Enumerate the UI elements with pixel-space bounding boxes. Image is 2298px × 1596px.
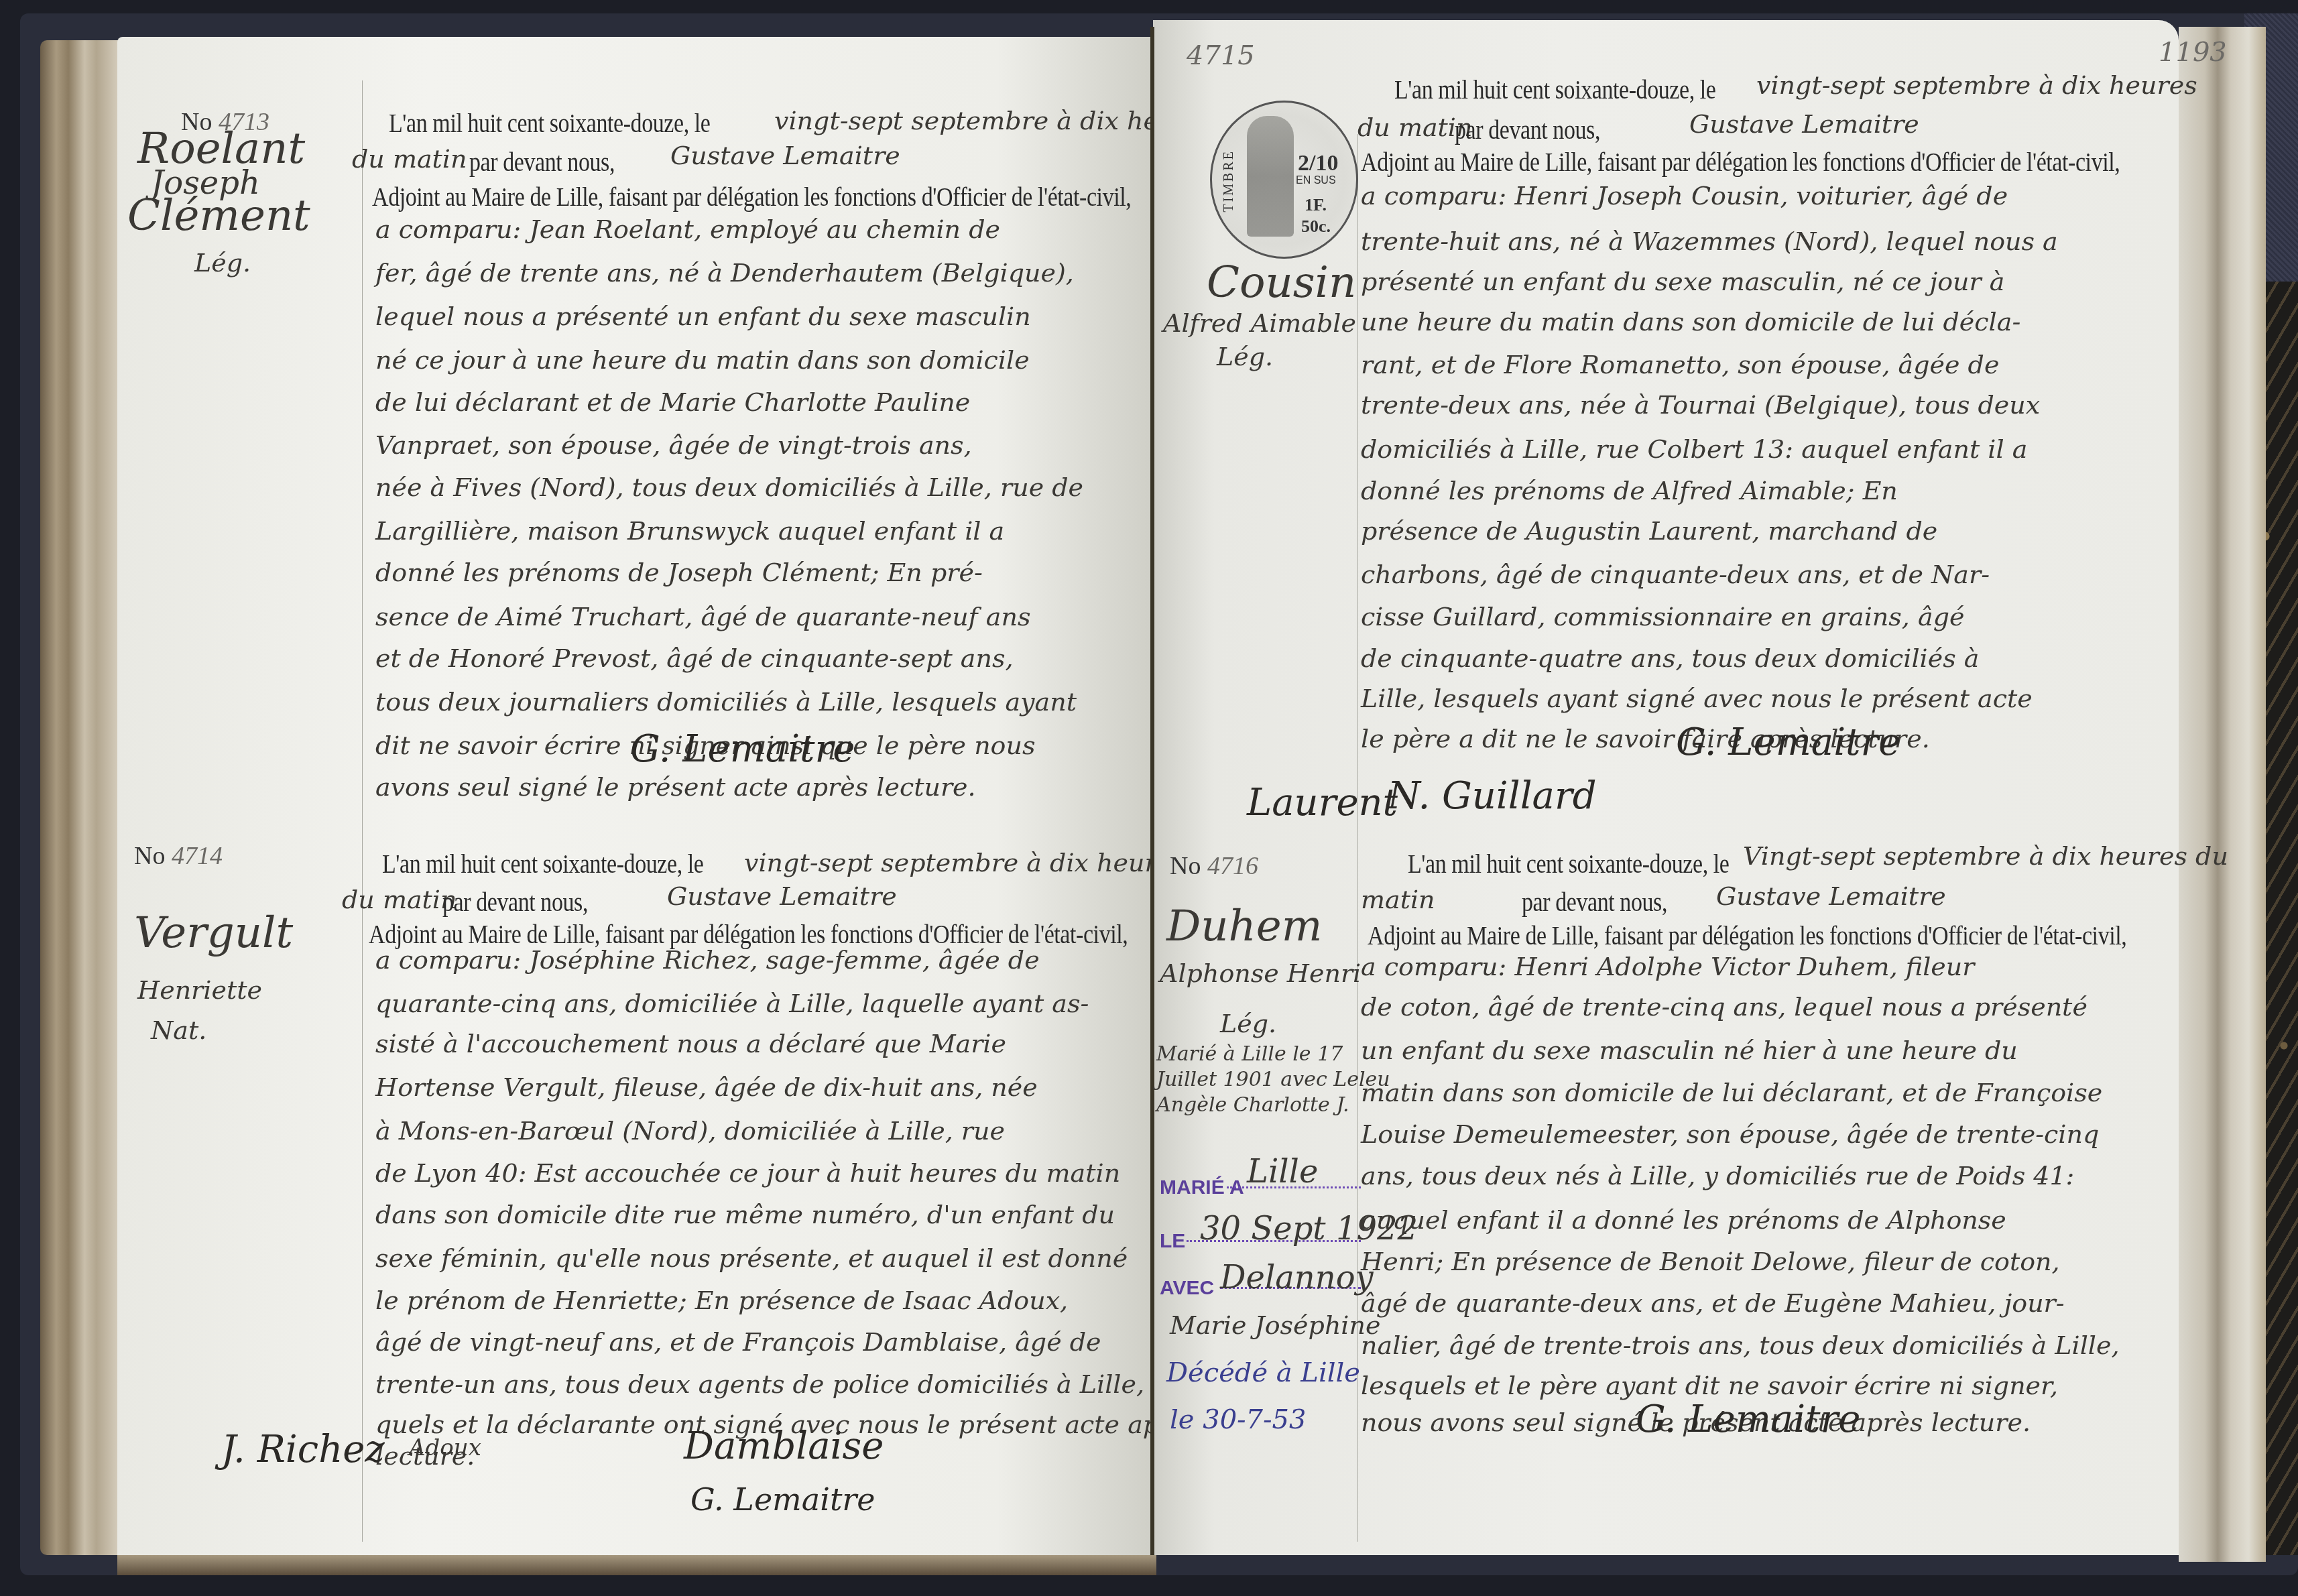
margin-surname: Cousin — [1207, 258, 1356, 308]
printed-line: L'an mil huit cent soixante-douze, le — [1394, 74, 1715, 105]
stamp-en-sus: EN SUS — [1296, 175, 1336, 187]
signature-officer: G. Lemaitre — [690, 1481, 875, 1518]
signature-officer: G. Lemaitre — [630, 727, 855, 771]
date-handwritten: vingt-sept septembre à dix heures — [744, 848, 1185, 877]
printed-line: L'an mil huit cent soixante-douze, le — [382, 848, 703, 879]
margin-note: Lég. — [1217, 342, 1273, 371]
book-gutter — [1150, 27, 1154, 1555]
signature-witness: Damblaise — [684, 1424, 884, 1468]
margin-given-name: Alphonse Henri — [1160, 959, 1361, 988]
stamp-value: Delannoy — [1220, 1259, 1374, 1296]
margin-note: Nat. — [151, 1016, 206, 1045]
printed-line: par devant nous, — [442, 886, 588, 918]
stamp-price-cents: 50c. — [1301, 217, 1331, 237]
stamp-value: Lille — [1247, 1153, 1318, 1190]
death-date: le 30-7-53 — [1170, 1404, 1306, 1435]
margin-surname: Vergult — [134, 908, 293, 958]
officer-name: Gustave Lemaitre — [1689, 109, 1919, 139]
date-handwritten: vingt-sept septembre à dix heures — [1756, 70, 2197, 100]
signature-witness: N. Guillard — [1388, 774, 1597, 818]
entry-number: No 4714 — [134, 841, 223, 871]
justice-figure-icon — [1247, 116, 1294, 237]
printed-line: L'an mil huit cent soixante-douze, le — [389, 107, 710, 139]
officer-name: Gustave Lemaitre — [670, 141, 900, 170]
margin-note: Lég. — [1220, 1009, 1276, 1038]
printed-line: par devant nous, — [469, 146, 615, 178]
stamp-fraction: 2/10 — [1298, 151, 1338, 176]
stamp-price-francs: 1F. — [1305, 195, 1327, 215]
printed-line: par devant nous, — [1455, 114, 1600, 145]
time-handwritten: matin — [1361, 885, 1435, 914]
printed-line: Adjoint au Maire de Lille, faisant par d… — [1368, 920, 2126, 951]
printed-line: Adjoint au Maire de Lille, faisant par d… — [372, 181, 1131, 212]
page-stack-right — [2179, 27, 2266, 1562]
tax-stamp: TIMBRE 2/10 EN SUS 1F. 50c. — [1210, 101, 1358, 259]
margin-given-name: Alfred Aimable — [1163, 308, 1356, 338]
stamp-label: TIMBRE — [1221, 149, 1237, 212]
signature-officer: G. Lemaitre — [1676, 721, 1900, 764]
signature-officer: G. Lemaitre — [1636, 1398, 1860, 1441]
stamp-label: LE — [1160, 1230, 1185, 1253]
stamp-label: AVEC — [1160, 1277, 1214, 1300]
spouse-given-name: Marie Joséphine — [1170, 1310, 1380, 1340]
page-stack-left — [40, 40, 121, 1555]
signature-witness: Laurent — [1247, 781, 1398, 824]
printed-line: L'an mil huit cent soixante-douze, le — [1408, 848, 1729, 879]
date-handwritten: Vingt-sept septembre à dix heures du — [1743, 841, 2228, 871]
date-handwritten: vingt-sept septembre à dix heures — [774, 106, 1215, 135]
death-note: Décédé à Lille — [1166, 1357, 1360, 1388]
officer-name: Gustave Lemaitre — [667, 881, 897, 911]
margin-given-name: Clément — [127, 191, 310, 241]
officer-name: Gustave Lemaitre — [1716, 881, 1946, 911]
margin-surname: Duhem — [1166, 902, 1322, 951]
time-handwritten: du matin — [352, 144, 467, 174]
time-handwritten: du matin — [342, 885, 457, 914]
corner-number: 4715 — [1187, 40, 1255, 71]
margin-note: Lég. — [194, 248, 251, 278]
margin-rule-left — [362, 80, 363, 1542]
signature-witness: Adoux — [409, 1434, 481, 1461]
page-number: 1193 — [2159, 37, 2227, 68]
printed-line: par devant nous, — [1522, 886, 1667, 918]
margin-given-name: Henriette — [137, 975, 262, 1005]
printed-line: Adjoint au Maire de Lille, faisant par d… — [1361, 146, 2120, 178]
signature-declarant: J. Richez — [221, 1428, 385, 1471]
entry-number: No 4716 — [1170, 851, 1258, 881]
